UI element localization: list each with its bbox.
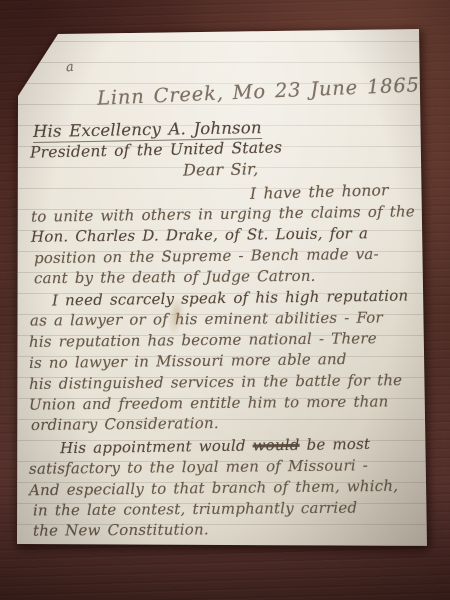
paper-shadow: a Linn Creek, Mo 23 June 1865 His Excell… [0, 0, 450, 600]
body-line: Union and freedom entitle him to more th… [29, 392, 389, 413]
body-line: Hon. Charles D. Drake, of St. Louis, for… [31, 224, 368, 246]
body-line-with-strikethrough: His appointment would would be most [60, 435, 370, 457]
body-line: ordinary Consideration. [31, 414, 219, 434]
letter-photo: a Linn Creek, Mo 23 June 1865 His Excell… [0, 0, 450, 600]
margin-mark: a [65, 60, 74, 76]
body-line: position on the Supreme - Bench made va- [34, 245, 379, 267]
body-line: his distinguished services in the battle… [29, 371, 402, 393]
body-line: the New Constitution. [33, 520, 209, 539]
body-line: in the late contest, triumphantly carrie… [33, 499, 357, 520]
body-line: to unite with others in urging the claim… [31, 202, 415, 225]
recipient-line-2: President of the United States [30, 138, 282, 161]
salutation: Dear Sir, [183, 159, 259, 179]
body-line: satisfactory to the loyal men of Missour… [29, 456, 368, 478]
body-line: I need scarcely speak of his high reputa… [52, 287, 409, 310]
body-line: his reputation has become national - The… [29, 329, 377, 351]
dateline: Linn Creek, Mo 23 June 1865 [97, 73, 421, 109]
opening-line: I have the honor [250, 181, 389, 203]
appointment-text-pre: His appointment would [60, 437, 246, 458]
letter-paper: a Linn Creek, Mo 23 June 1865 His Excell… [0, 0, 450, 600]
body-line: And especially to that branch of them, w… [29, 477, 398, 500]
strikethrough-word: would [253, 436, 300, 455]
appointment-text-post: be most [306, 435, 370, 454]
body-line: is no lawyer in Missouri more able and [29, 350, 347, 372]
body-line: as a lawyer or of his eminent abilities … [30, 308, 383, 329]
body-line: cant by the death of Judge Catron. [34, 267, 316, 287]
